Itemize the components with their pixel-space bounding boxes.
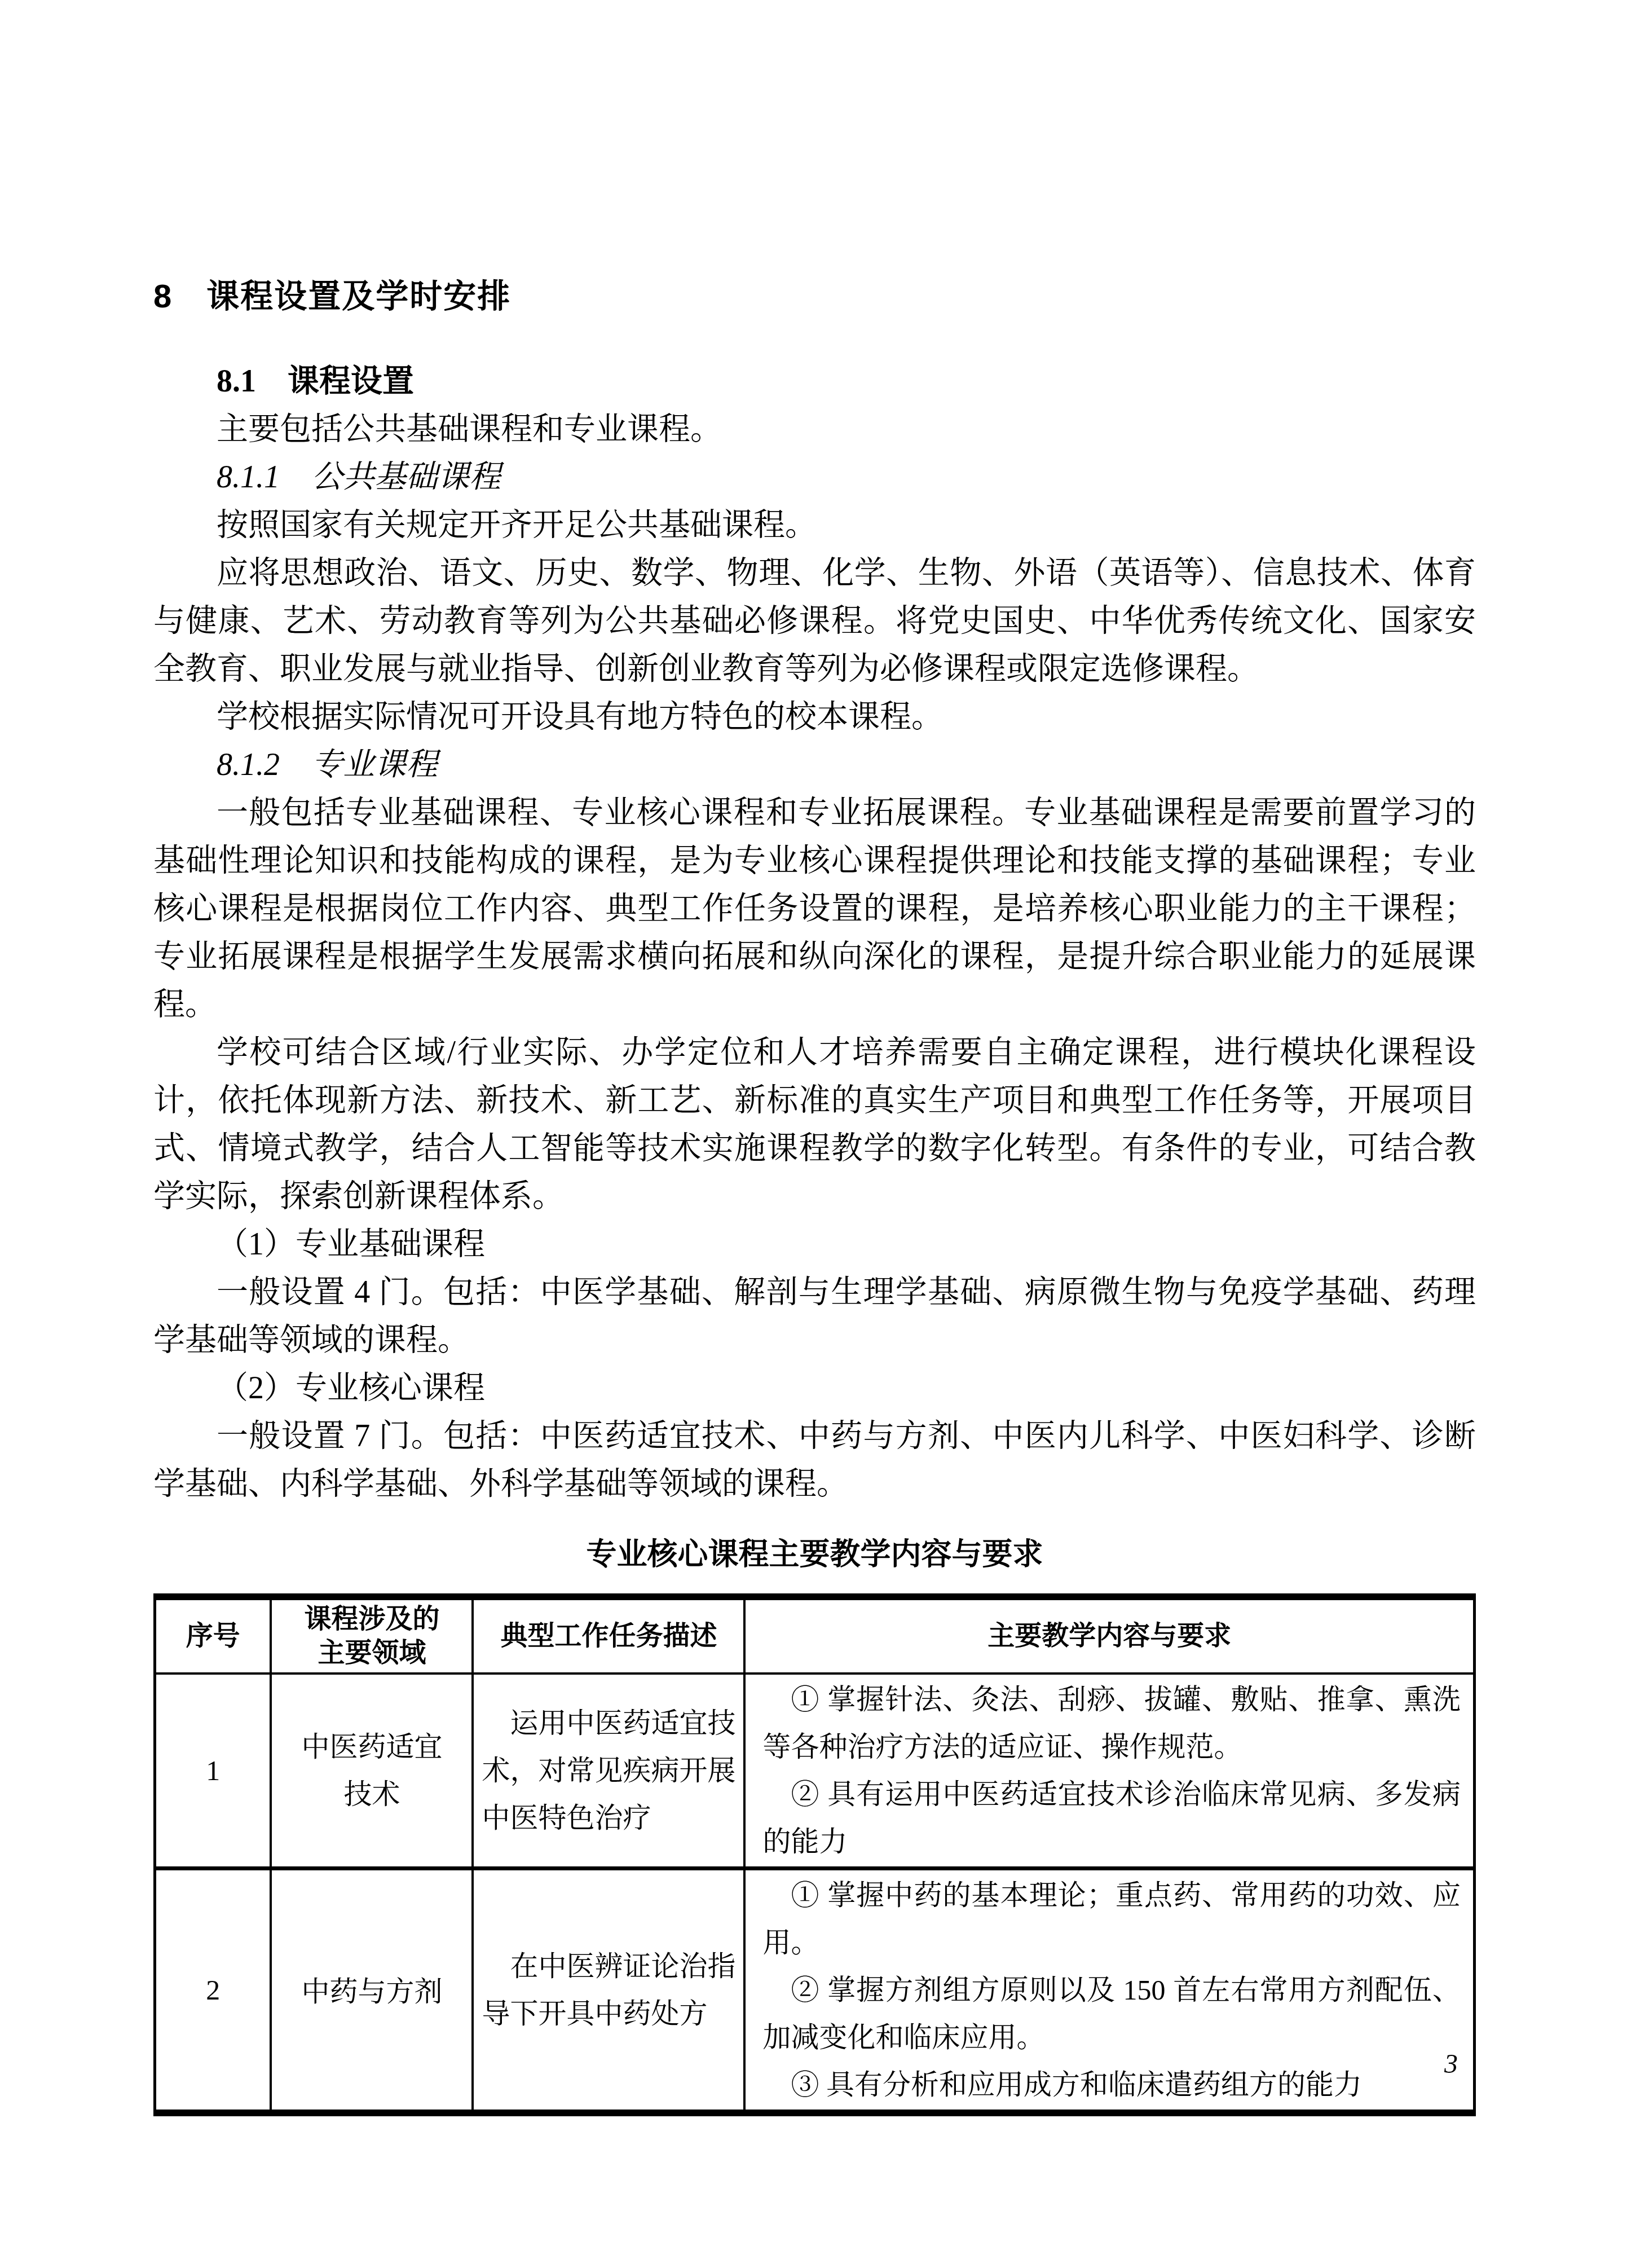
paragraph-811-2: 应将思想政治、语文、历史、数学、物理、化学、生物、外语（英语等）、信息技术、体育… (153, 549, 1476, 693)
body-text-block: 8.1 课程设置 主要包括公共基础课程和专业课程。 8.1.1 公共基础课程 按… (153, 358, 1476, 1508)
col-header-domain-label: 课程涉及的主要领域 (304, 1602, 439, 1670)
requirement-item: ② 具有运用中医药适宜技术诊治临床常见病、多发病的能力 (762, 1771, 1461, 1865)
subsubsection-heading-8-1-1: 8.1.1 公共基础课程 (153, 453, 1476, 501)
cell-row2-task-text: 在中医辨证论治指导下开具中药处方 (482, 1943, 735, 2037)
cell-row2-task: 在中医辨证论治指导下开具中药处方 (473, 1869, 744, 2113)
paragraph-intro: 主要包括公共基础课程和专业课程。 (153, 406, 1476, 453)
section-heading: 8 课程设置及学时安排 (153, 276, 1476, 317)
list-item-1-body: 一般设置 4 门。包括：中医学基础、解剖与生理学基础、病原微生物与免疫学基础、药… (153, 1269, 1476, 1364)
requirement-item: ③ 具有分析和应用成方和临床遣药组方的能力 (762, 2061, 1461, 2108)
cell-row2-domain-label: 中药与方剂 (301, 1968, 442, 2015)
table-header-row: 序号 课程涉及的主要领域 典型工作任务描述 主要教学内容与要求 (155, 1597, 1475, 1674)
paragraph-811-3: 学校根据实际情况可开设具有地方特色的校本课程。 (153, 693, 1476, 741)
requirement-item: ① 掌握针法、灸法、刮痧、拔罐、敷贴、推拿、熏洗等各种治疗方法的适应证、操作规范… (762, 1676, 1461, 1771)
cell-row2-no: 2 (155, 1869, 271, 2113)
col-header-task: 典型工作任务描述 (473, 1597, 744, 1674)
list-item-2-body: 一般设置 7 门。包括：中医药适宜技术、中药与方剂、中医内儿科学、中医妇科学、诊… (153, 1412, 1476, 1508)
cell-row1-task: 运用中医药适宜技术，对常见疾病开展中医特色治疗 (473, 1674, 744, 1869)
list-item-2-heading: （2）专业核心课程 (153, 1364, 1476, 1412)
col-header-domain: 课程涉及的主要领域 (271, 1597, 473, 1674)
paragraph-811-1: 按照国家有关规定开齐开足公共基础课程。 (153, 501, 1476, 549)
cell-row1-domain: 中医药适宜技术 (271, 1674, 473, 1869)
paragraph-812-2: 学校可结合区域/行业实际、办学定位和人才培养需要自主确定课程，进行模块化课程设计… (153, 1029, 1476, 1221)
col-header-no: 序号 (155, 1597, 271, 1674)
page-number: 3 (1444, 2047, 1458, 2081)
table-title: 专业核心课程主要教学内容与要求 (153, 1531, 1476, 1579)
table-row-2: 2 中药与方剂 在中医辨证论治指导下开具中药处方 ① 掌握中药的基本理论；重点药… (155, 1869, 1475, 2113)
table-row-1: 1 中医药适宜技术 运用中医药适宜技术，对常见疾病开展中医特色治疗 ① 掌握针法… (155, 1674, 1475, 1869)
core-courses-table: 序号 课程涉及的主要领域 典型工作任务描述 主要教学内容与要求 1 中医药适宜技… (153, 1593, 1476, 2116)
paragraph-812-1: 一般包括专业基础课程、专业核心课程和专业拓展课程。专业基础课程是需要前置学习的基… (153, 789, 1476, 1029)
document-page: 8 课程设置及学时安排 8.1 课程设置 主要包括公共基础课程和专业课程。 8.… (0, 0, 1627, 2268)
cell-row1-task-text: 运用中医药适宜技术，对常见疾病开展中医特色治疗 (482, 1699, 735, 1842)
col-header-content: 主要教学内容与要求 (744, 1597, 1474, 1674)
cell-row2-requirements: ① 掌握中药的基本理论；重点药、常用药的功效、应用。 ② 掌握方剂组方原则以及 … (744, 1869, 1474, 2113)
cell-row1-no: 1 (155, 1674, 271, 1869)
requirement-item: ① 掌握中药的基本理论；重点药、常用药的功效、应用。 (762, 1871, 1461, 1966)
subsubsection-heading-8-1-2: 8.1.2 专业课程 (153, 741, 1476, 789)
subsection-heading-8-1: 8.1 课程设置 (153, 358, 1476, 406)
cell-row1-requirements: ① 掌握针法、灸法、刮痧、拔罐、敷贴、推拿、熏洗等各种治疗方法的适应证、操作规范… (744, 1674, 1474, 1869)
requirement-item: ② 掌握方剂组方原则以及 150 首左右常用方剂配伍、加减变化和临床应用。 (762, 1966, 1461, 2061)
list-item-1-heading: （1）专业基础课程 (153, 1221, 1476, 1269)
cell-row2-domain: 中药与方剂 (271, 1869, 473, 2113)
cell-row1-domain-label: 中医药适宜技术 (301, 1723, 442, 1818)
